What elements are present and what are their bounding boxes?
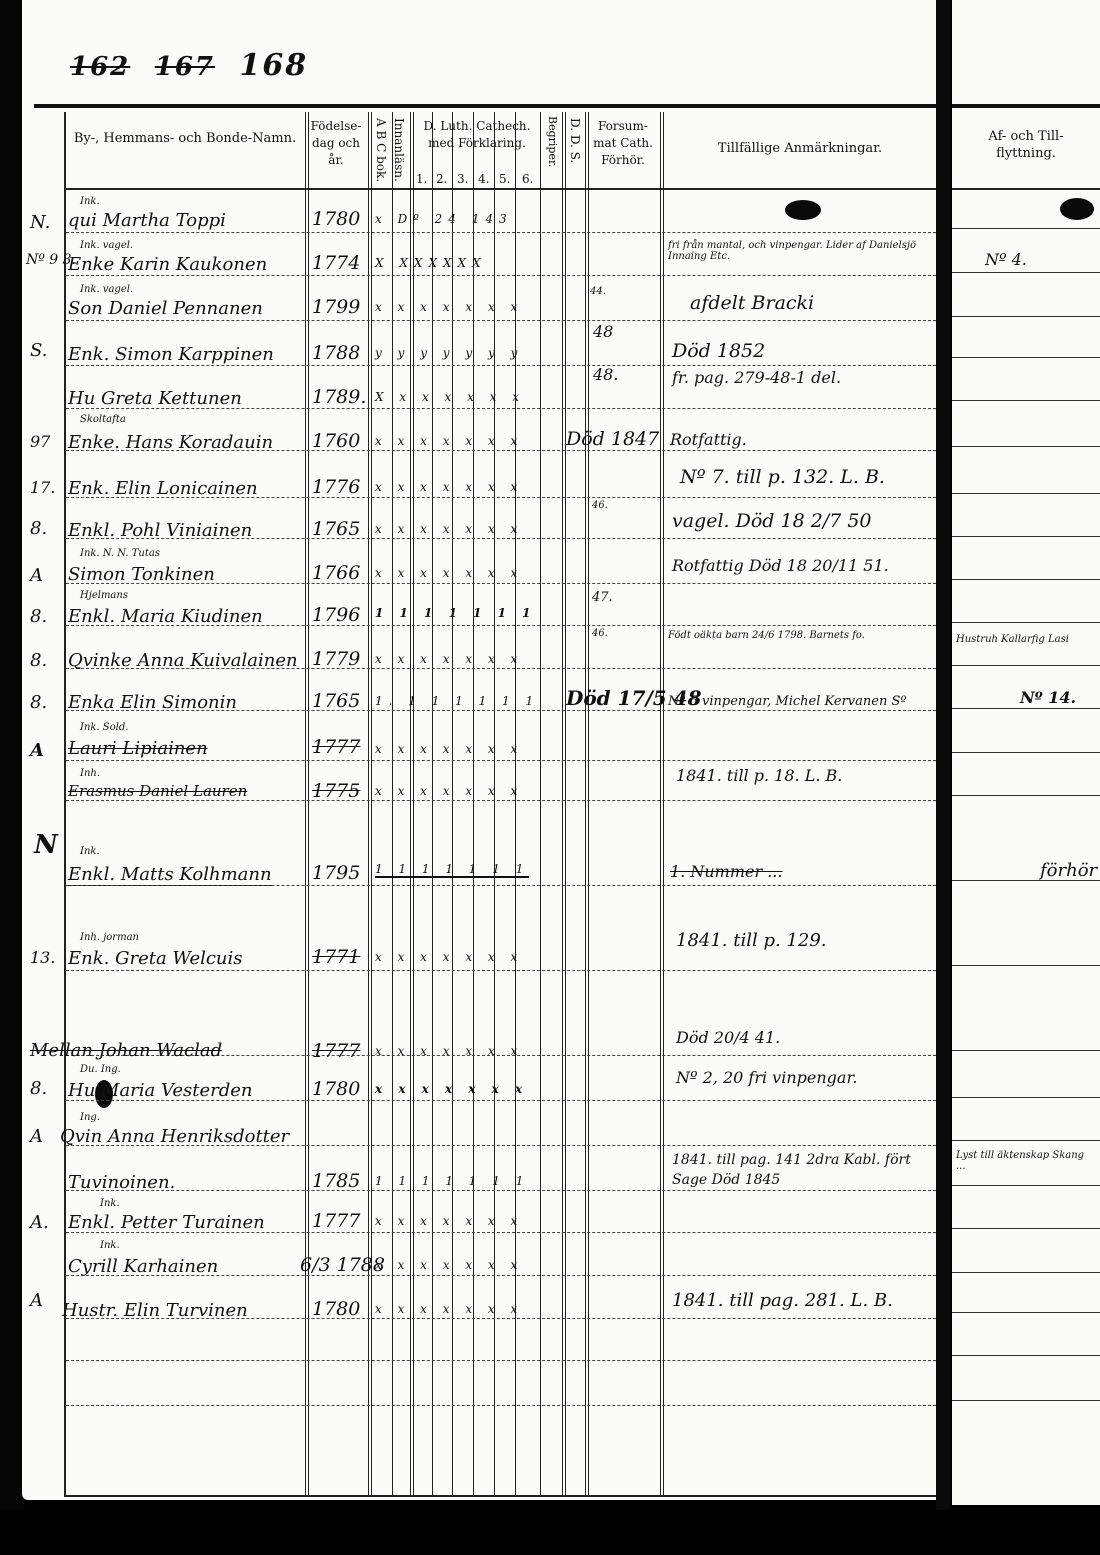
header-catechism-column: D. Luth. Cathech. med Förklaring. <box>412 118 542 152</box>
book-binding-left <box>0 0 24 1555</box>
ink-blot <box>1060 198 1094 220</box>
catechism-subcol: 1. <box>416 172 427 186</box>
header-bottom-rule-right <box>952 188 1100 190</box>
header-top-rule <box>34 104 936 108</box>
struck-page-number: 167 <box>155 52 215 82</box>
catechism-subcol: 2. <box>436 172 447 186</box>
catechism-subcol: 4. <box>478 172 489 186</box>
header-moves-column: Af- och Till-flyttning. <box>960 128 1092 162</box>
header-forsummat-column: Forsum-mat Cath. Förhör. <box>588 118 658 169</box>
ink-blot <box>785 200 821 220</box>
header-abc-column: A B C bok. <box>374 118 388 186</box>
header-remarks-column: Tillfällige Anmärkningar. <box>664 140 936 157</box>
catechism-subcol: 3. <box>457 172 468 186</box>
header-top-rule-right <box>952 104 1100 108</box>
catechism-subcol: 5. <box>499 172 510 186</box>
catechism-subcol: 6. <box>522 172 533 186</box>
header-innanlasn-column: Innanläsn. <box>392 118 406 186</box>
current-page-number: 168 <box>239 48 308 83</box>
header-dds-column: D. D. S. <box>568 118 582 186</box>
header-bottom-rule <box>66 188 936 190</box>
header-begriper-column: Begriper. <box>545 116 559 186</box>
scan-bottom-edge <box>0 1510 1100 1555</box>
page-number: 162 167 168 <box>70 48 308 83</box>
book-spine <box>936 0 950 1555</box>
header-birth-column: Födelse-dag och år. <box>306 118 366 169</box>
struck-page-number: 162 <box>70 52 130 82</box>
header-name-column: By-, Hemmans- och Bonde-Namn. <box>70 130 300 147</box>
